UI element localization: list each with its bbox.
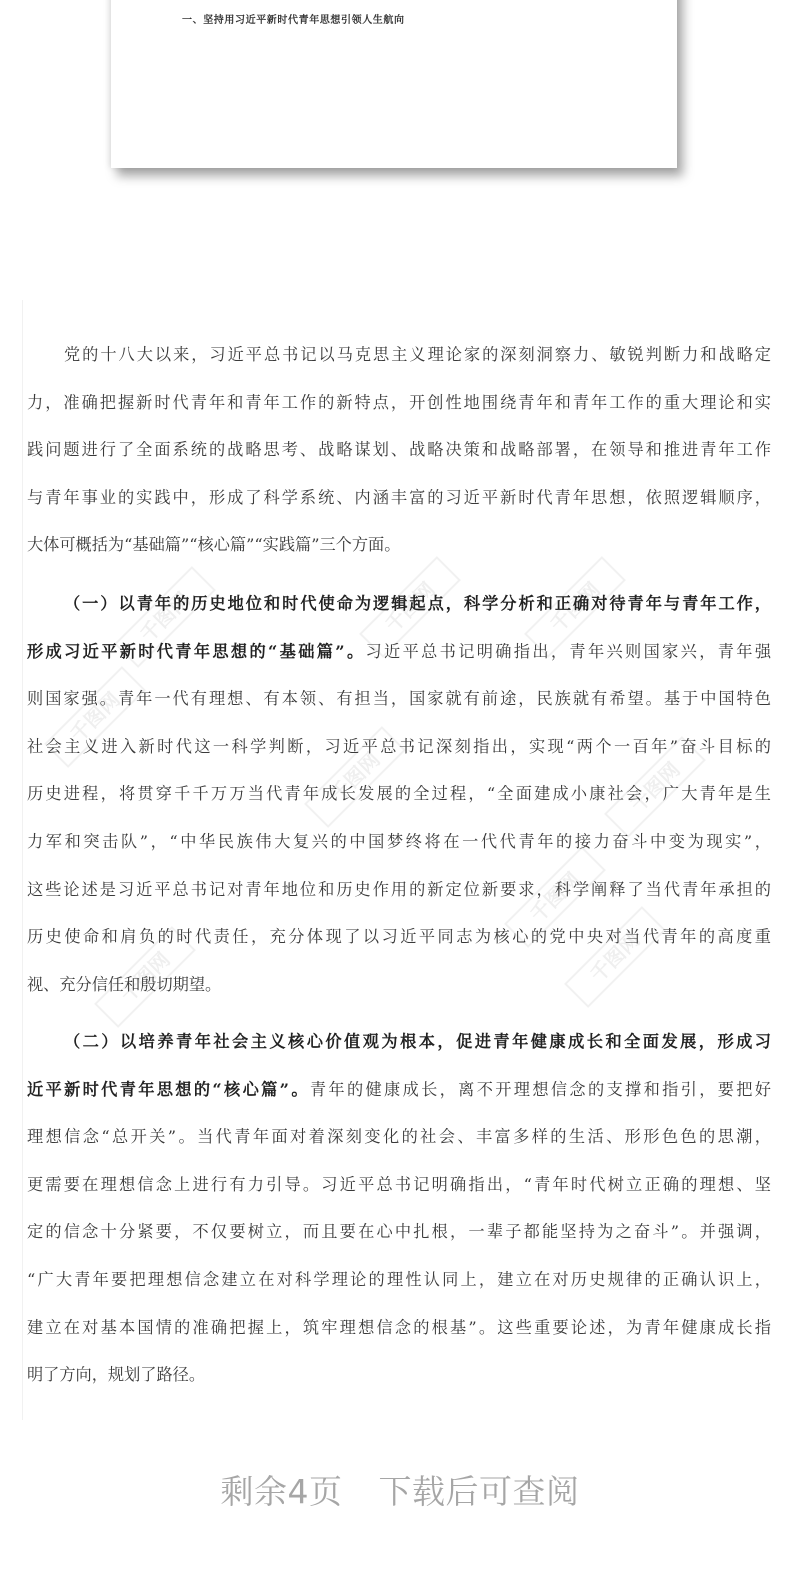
body-text: 力军和突击队”，“中华民族伟大复兴的中国梦终将在一代代青年的接力奋斗中变为现实”… xyxy=(27,832,771,851)
text-line: 理想信念“总开关”。当代青年面对着深刻变化的社会、丰富多样的生活、形形色色的思潮… xyxy=(27,1113,771,1161)
text-line: 力，准确把握新时代青年和青年工作的新特点，开创性地围绕青年和青年工作的重大理论和… xyxy=(27,379,771,427)
body-text: 建立在对基本国情的准确把握上，筑牢理想信念的根基”。这些重要论述，为青年健康成长… xyxy=(27,1318,771,1337)
body-text: 青年的健康成长，离不开理想信念的支撑和指引，要把好 xyxy=(310,1080,771,1099)
body-text: 历史进程，将贯穿千千万万当代青年成长发展的全过程，“全面建成小康社会，广大青年是… xyxy=(27,784,771,803)
body-text: 习近平总书记明确指出，青年兴则国家兴，青年强 xyxy=(366,642,772,661)
paragraph-foundation: （一）以青年的历史地位和时代使命为逻辑起点，科学分析和正确对待青年与青年工作，形… xyxy=(27,580,771,1008)
text-line: 明了方向，规划了路径。 xyxy=(27,1351,771,1399)
text-line: （一）以青年的历史地位和时代使命为逻辑起点，科学分析和正确对待青年与青年工作， xyxy=(27,580,771,628)
paragraph-core: （二）以培养青年社会主义核心价值观为根本，促进青年健康成长和全面发展，形成习近平… xyxy=(27,1018,771,1399)
text-line: 社会主义进入新时代这一科学判断，习近平总书记深刻指出，实现“两个一百年”奋斗目标… xyxy=(27,723,771,771)
text-line: 定的信念十分紧要，不仅要树立，而且要在心中扎根，一辈子都能坚持为之奋斗”。并强调… xyxy=(27,1208,771,1256)
text-line: 近平新时代青年思想的“核心篇”。青年的健康成长，离不开理想信念的支撑和指引，要把… xyxy=(27,1066,771,1114)
bold-lead-text: 近平新时代青年思想的“核心篇”。 xyxy=(27,1080,310,1099)
body-text: 定的信念十分紧要，不仅要树立，而且要在心中扎根，一辈子都能坚持为之奋斗”。并强调… xyxy=(27,1222,771,1241)
download-to-view-text[interactable]: 下载后可查阅 xyxy=(379,1468,580,1516)
body-text: 理想信念“总开关”。当代青年面对着深刻变化的社会、丰富多样的生活、形形色色的思潮… xyxy=(27,1127,771,1146)
text-line: 践问题进行了全面系统的战略思考、战略谋划、战略决策和战略部署，在领导和推进青年工… xyxy=(27,426,771,474)
text-line: （二）以培养青年社会主义核心价值观为根本，促进青年健康成长和全面发展，形成习 xyxy=(27,1018,771,1066)
text-line: 与青年事业的实践中，形成了科学系统、内涵丰富的习近平新时代青年思想，依照逻辑顺序… xyxy=(27,474,771,522)
body-text: “广大青年要把理想信念建立在对科学理论的理性认同上，建立在对历史规律的正确认识上… xyxy=(27,1270,771,1289)
paragraph-intro: 党的十八大以来，习近平总书记以马克思主义理论家的深刻洞察力、敏锐判断力和战略定力… xyxy=(27,331,771,569)
text-line: 更需要在理想信念上进行有力引导。习近平总书记明确指出，“青年时代树立正确的理想、… xyxy=(27,1161,771,1209)
remaining-pages-text: 剩余4页 xyxy=(221,1468,343,1516)
remaining-pages-banner[interactable]: 剩余4页下载后可查阅 xyxy=(0,1468,800,1516)
body-text: 党的十八大以来，习近平总书记以马克思主义理论家的深刻洞察力、敏锐判断力和战略定 xyxy=(64,345,771,364)
text-line: 则国家强。青年一代有理想、有本领、有担当，国家就有前途，民族就有希望。基于中国特… xyxy=(27,675,771,723)
body-text: 与青年事业的实践中，形成了科学系统、内涵丰富的习近平新时代青年思想，依照逻辑顺序… xyxy=(27,488,771,507)
body-text: 则国家强。青年一代有理想、有本领、有担当，国家就有前途，民族就有希望。基于中国特… xyxy=(27,689,771,708)
body-text: 践问题进行了全面系统的战略思考、战略谋划、战略决策和战略部署，在领导和推进青年工… xyxy=(27,440,771,459)
bold-lead-text: 形成习近平新时代青年思想的“基础篇”。 xyxy=(27,642,366,661)
page-edge-divider xyxy=(22,300,23,1420)
text-line: 建立在对基本国情的准确把握上，筑牢理想信念的根基”。这些重要论述，为青年健康成长… xyxy=(27,1304,771,1352)
text-line: 视、充分信任和殷切期望。 xyxy=(27,961,771,1009)
body-text: 这些论述是习近平总书记对青年地位和历史作用的新定位新要求，科学阐释了当代青年承担… xyxy=(27,880,771,899)
text-line: 历史使命和肩负的时代责任，充分体现了以习近平同志为核心的党中央对当代青年的高度重 xyxy=(27,913,771,961)
body-text: 更需要在理想信念上进行有力引导。习近平总书记明确指出，“青年时代树立正确的理想、… xyxy=(27,1175,771,1194)
preview-section-heading: 一、坚持用习近平新时代青年思想引领人生航向 xyxy=(182,11,405,26)
body-text: 大体可概括为“基础篇”“核心篇”“实践篇”三个方面。 xyxy=(27,535,400,554)
body-text: 力，准确把握新时代青年和青年工作的新特点，开创性地围绕青年和青年工作的重大理论和… xyxy=(27,393,771,412)
text-line: 这些论述是习近平总书记对青年地位和历史作用的新定位新要求，科学阐释了当代青年承担… xyxy=(27,866,771,914)
text-line: 历史进程，将贯穿千千万万当代青年成长发展的全过程，“全面建成小康社会，广大青年是… xyxy=(27,770,771,818)
body-text: 视、充分信任和殷切期望。 xyxy=(27,975,221,994)
preview-page-card: 一、坚持用习近平新时代青年思想引领人生航向 xyxy=(111,0,677,168)
text-line: 形成习近平新时代青年思想的“基础篇”。习近平总书记明确指出，青年兴则国家兴，青年… xyxy=(27,628,771,676)
text-line: 党的十八大以来，习近平总书记以马克思主义理论家的深刻洞察力、敏锐判断力和战略定 xyxy=(27,331,771,379)
bold-lead-text: （二）以培养青年社会主义核心价值观为根本，促进青年健康成长和全面发展，形成习 xyxy=(64,1032,771,1051)
body-text: 社会主义进入新时代这一科学判断，习近平总书记深刻指出，实现“两个一百年”奋斗目标… xyxy=(27,737,771,756)
text-line: “广大青年要把理想信念建立在对科学理论的理性认同上，建立在对历史规律的正确认识上… xyxy=(27,1256,771,1304)
body-text: 历史使命和肩负的时代责任，充分体现了以习近平同志为核心的党中央对当代青年的高度重 xyxy=(27,927,771,946)
body-text: 明了方向，规划了路径。 xyxy=(27,1365,205,1384)
bold-lead-text: （一）以青年的历史地位和时代使命为逻辑起点，科学分析和正确对待青年与青年工作， xyxy=(64,594,771,613)
text-line: 力军和突击队”，“中华民族伟大复兴的中国梦终将在一代代青年的接力奋斗中变为现实”… xyxy=(27,818,771,866)
text-line: 大体可概括为“基础篇”“核心篇”“实践篇”三个方面。 xyxy=(27,521,771,569)
